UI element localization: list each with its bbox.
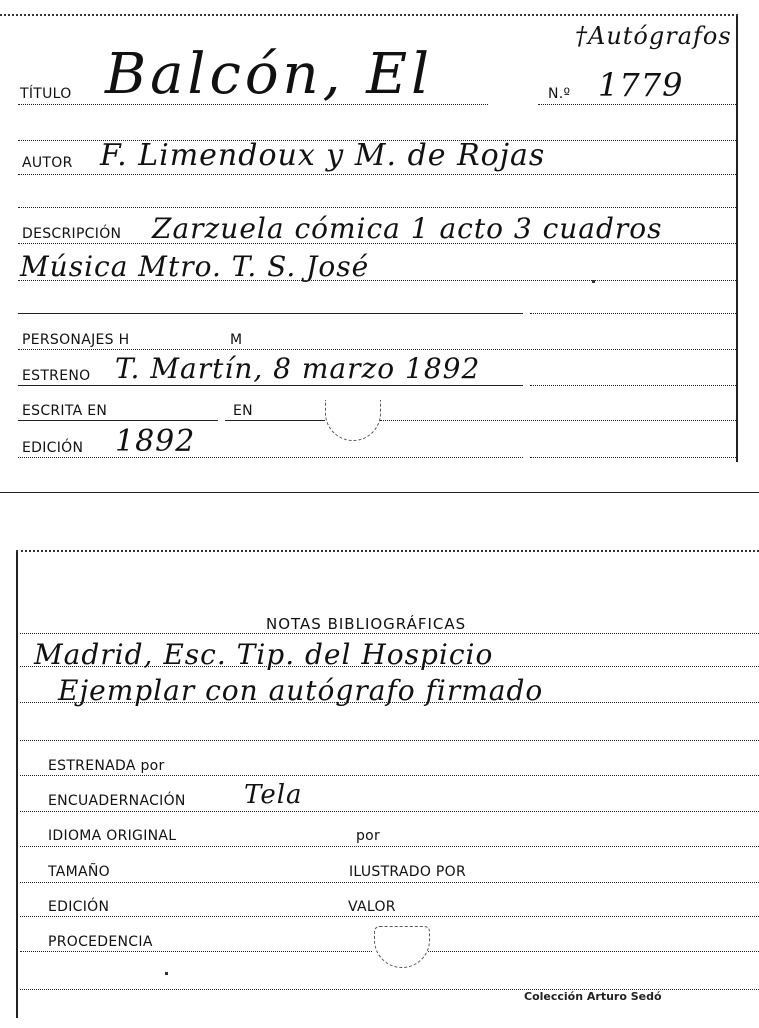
value-label: VALOR — [348, 899, 396, 915]
catalog-card-front: †Autógrafos TÍTULO Balcón, El N.º 1779 A… — [0, 0, 738, 488]
binding-label: ENCUADERNACIÓN — [48, 793, 186, 809]
written-in-en-rule — [225, 420, 325, 421]
description-line2: Música Mtro. T. S. José — [20, 250, 369, 283]
title-label: TÍTULO — [20, 86, 72, 102]
binding-value: Tela — [244, 780, 303, 810]
characters-label: PERSONAJES H — [22, 332, 129, 348]
description-label: DESCRIPCIÓN — [22, 226, 121, 242]
edition-rule — [530, 457, 736, 458]
author-value: F. Limendoux y M. de Rojas — [100, 138, 545, 173]
size-rule — [20, 882, 759, 883]
language-label: IDIOMA ORIGINAL — [48, 828, 176, 844]
edition-value: 1892 — [115, 424, 195, 459]
written-in-rule — [18, 420, 218, 421]
notes-rule-2 — [20, 666, 759, 667]
characters-rule — [18, 349, 736, 350]
premiere-value: T. Martín, 8 marzo 1892 — [115, 352, 480, 385]
provenance-rule — [20, 951, 372, 952]
characters-m-label: M — [230, 332, 242, 348]
number-value: 1779 — [598, 66, 683, 104]
description-rule-2 — [18, 280, 736, 281]
provenance-label: PROCEDENCIA — [48, 934, 153, 950]
premiere-rule — [18, 385, 523, 386]
edition-label: EDICIÓN — [22, 440, 83, 456]
card-top-edge — [16, 550, 759, 552]
written-in-en-label: EN — [233, 403, 253, 419]
description-rule-1 — [18, 243, 736, 244]
row-rule — [530, 313, 736, 314]
written-in-label: ESCRITA EN — [22, 403, 107, 419]
edition-rule — [18, 457, 523, 458]
speck — [165, 972, 168, 975]
card-left-edge — [16, 552, 18, 1018]
catalog-card-back: NOTAS BIBLIOGRÁFICAS Madrid, Esc. Tip. d… — [16, 546, 759, 1028]
edition-rule — [20, 916, 759, 917]
premiered-by-rule — [20, 775, 759, 776]
size-label: TAMAÑO — [48, 864, 110, 880]
author-label: AUTOR — [22, 155, 73, 171]
stamp-mark — [374, 926, 430, 968]
edition-label: EDICIÓN — [48, 899, 109, 915]
author-rule — [18, 174, 736, 175]
notes-heading: NOTAS BIBLIOGRÁFICAS — [266, 615, 466, 633]
notes-rule-1 — [20, 633, 759, 634]
provenance-rule-right — [428, 951, 759, 952]
row-rule — [18, 313, 523, 314]
title-value: Balcón, El — [105, 42, 433, 107]
language-by-label: por — [356, 828, 380, 844]
description-line1: Zarzuela cómica 1 acto 3 cuadros — [152, 212, 663, 245]
written-in-rule-right — [380, 420, 736, 421]
card-right-edge — [736, 16, 738, 462]
premiered-by-label: ESTRENADA por — [48, 758, 165, 774]
stamp-mark — [325, 400, 381, 441]
number-label: N.º — [548, 86, 570, 102]
card-divider — [0, 492, 759, 493]
notes-rule-3 — [20, 702, 759, 703]
language-rule — [20, 846, 759, 847]
premiere-label: ESTRENO — [22, 368, 90, 384]
title-rule — [18, 104, 488, 105]
row-rule — [20, 740, 759, 741]
corner-note: †Autógrafos — [575, 22, 732, 50]
row-rule — [18, 207, 736, 208]
binding-rule — [20, 811, 759, 812]
collection-credit: Colección Arturo Sedó — [524, 990, 662, 1003]
speck — [592, 280, 595, 283]
card-top-edge — [0, 14, 738, 16]
illustrated-by-label: ILUSTRADO POR — [349, 864, 466, 880]
premiere-rule — [530, 385, 736, 386]
number-rule — [538, 104, 736, 105]
